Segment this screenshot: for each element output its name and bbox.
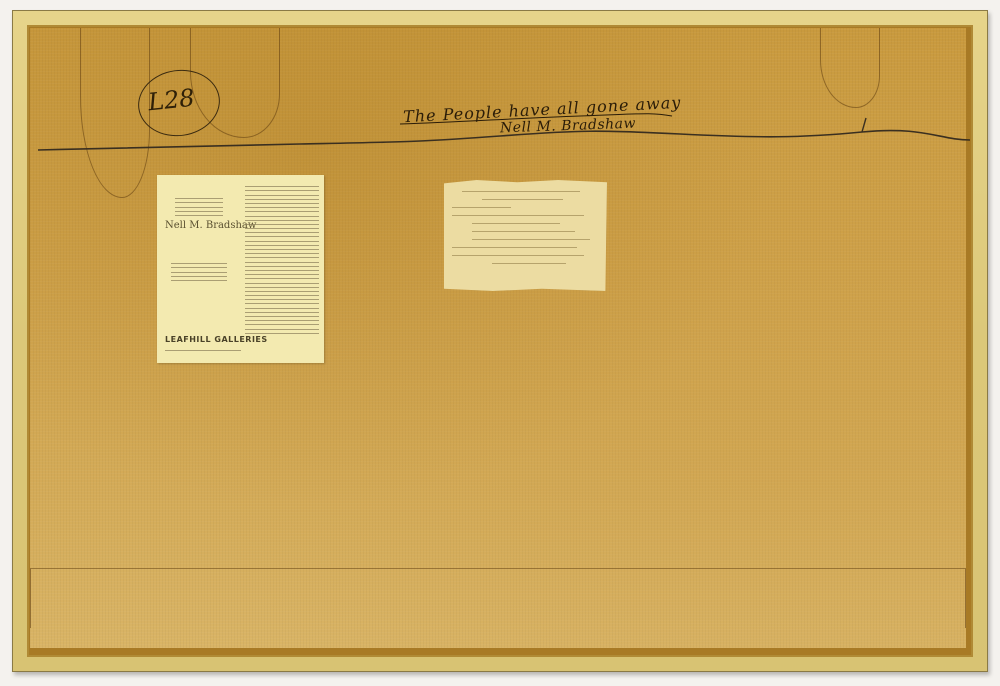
lot-number: L28 — [147, 84, 196, 117]
label-gallery-address — [165, 347, 241, 354]
label-intro-text — [175, 195, 223, 219]
water-stain-bottom — [30, 568, 966, 628]
gallery-exhibition-label: Nell M. Bradshaw LEAFHILL GALLERIES — [157, 175, 324, 363]
water-stain — [820, 28, 880, 108]
label-artist-name: Nell M. Bradshaw — [165, 220, 256, 231]
handwritten-note — [444, 180, 607, 291]
label-biography-text — [245, 183, 319, 337]
handwritten-note-text — [452, 184, 599, 271]
label-exhibition-details — [171, 260, 227, 284]
